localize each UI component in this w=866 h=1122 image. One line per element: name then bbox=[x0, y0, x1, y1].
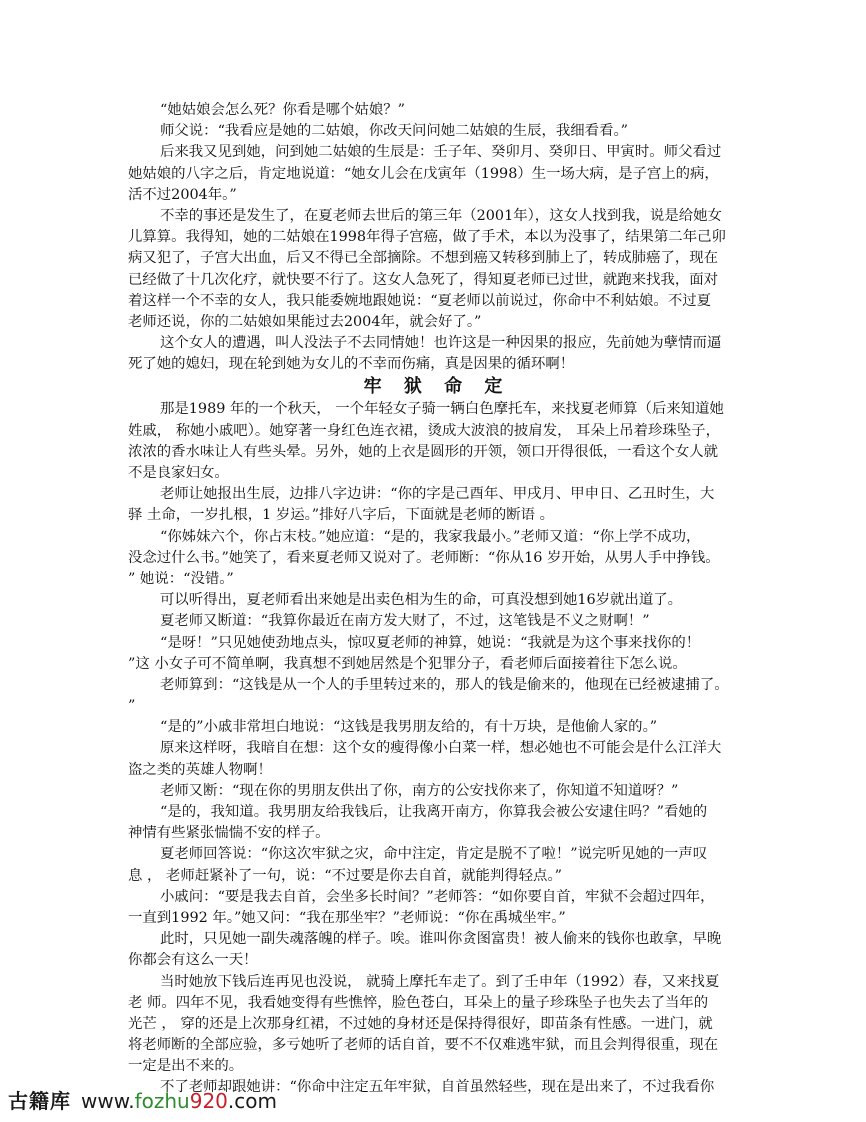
paragraph: 不幸的事还是发生了，在夏老师去世后的第三年（2001年），这女人找到我，说是给她… bbox=[128, 206, 740, 333]
text-line: 可以听得出，夏老师看出来她是出卖色相为生的命，可真没想到她16岁就出道了。 bbox=[128, 590, 740, 611]
site-name: 古籍库 bbox=[8, 1089, 71, 1113]
text-block-after-title: 那是1989 年的一个秋天， 一个年轻女子骑一辆白色摩托车，来找夏老师算（后来知… bbox=[128, 399, 740, 1098]
paragraph: 老师让她报出生辰，边排八字边讲：“你的字是己酉年、甲戌月、甲申日、乙丑时生，大驿… bbox=[128, 484, 740, 526]
text-line: 老师还说，你的二姑娘如果能过去2004年，就会好了。” bbox=[128, 312, 740, 333]
paragraph: 小戚问：“要是我去自首，会坐多长时间？”老师答：“如你要自首，牢狱不会超过四年，… bbox=[128, 887, 740, 929]
paragraph: “是的”小戚非常坦白地说：“这钱是我男朋友给的，有十万块，是他偷人家的。” bbox=[128, 717, 740, 738]
paragraph: 后来我又见到她，问到她二姑娘的生辰是：壬子年、癸卯月、癸卯日、甲寅时。师父看过她… bbox=[128, 142, 740, 206]
paragraph: 这个女人的遭遇，叫人没法子不去同情她！也许这是一种因果的报应，先前她为孽情而逼死… bbox=[128, 333, 740, 375]
paragraph: 老师算到：“这钱是从一个人的手里转过来的，那人的钱是偷来的，他现在已经被逮捕了。… bbox=[128, 675, 740, 717]
text-line: 老师算到：“这钱是从一个人的手里转过来的，那人的钱是偷来的，他现在已经被逮捕了。 bbox=[128, 675, 740, 696]
text-line: 后来我又见到她，问到她二姑娘的生辰是：壬子年、癸卯月、癸卯日、甲寅时。师父看过 bbox=[128, 142, 740, 163]
text-line: 她姑娘的八字之后，肯定地说道：“她女儿会在戊寅年（1998）生一场大病，是子宫上… bbox=[128, 164, 740, 185]
watermark-footer: 古籍库www.fozhu920.com bbox=[8, 1088, 277, 1114]
url-suffix: .com bbox=[228, 1089, 277, 1113]
text-line: 小戚问：“要是我去自首，会坐多长时间？”老师答：“如你要自首，牢狱不会超过四年， bbox=[128, 887, 740, 908]
text-line: 一定是出不来的。 bbox=[128, 1056, 740, 1077]
url-domain-red: 920 bbox=[190, 1089, 228, 1113]
text-line: 盗之类的英雄人物啊！ bbox=[128, 760, 740, 781]
text-line: 夏老师又断道：“我算你最近在南方发大财了，不过，这笔钱是不义之财啊！” bbox=[128, 611, 740, 632]
text-line: ” 她说：“没错。” bbox=[128, 569, 740, 590]
paragraph: “是的，我知道。我男朋友给我钱后，让我离开南方，你算我会被公安逮住吗？”看她的神… bbox=[128, 802, 740, 844]
text-line: 原来这样呀，我暗自在想：这个女的瘦得像小白菜一样，想必她也不可能会是什么江洋大 bbox=[128, 738, 740, 759]
document-page: “她姑娘会怎么死？你看是哪个姑娘？”师父说：“我看应是她的二姑娘，你改天问问她二… bbox=[128, 100, 740, 1099]
url-prefix: www. bbox=[81, 1089, 135, 1113]
text-line: 没念过什么书。”她笑了，看来夏老师又说对了。老师断：“你从16 岁开始，从男人手… bbox=[128, 548, 740, 569]
text-line: 老师让她报出生辰，边排八字边讲：“你的字是己酉年、甲戌月、甲申日、乙丑时生，大 bbox=[128, 484, 740, 505]
text-line: 死了她的媳妇，现在轮到她为女儿的不幸而伤痛，真是因果的循环啊！ bbox=[128, 354, 740, 375]
text-line: 一直到1992 年。”她又问：“我在那坐牢？”老师说：“你在禹城坐牢。” bbox=[128, 908, 740, 929]
paragraph: 老师又断：“现在你的男朋友供出了你，南方的公安找你来了，你知道不知道呀？” bbox=[128, 781, 740, 802]
text-line: 夏老师回答说：“你这次牢狱之灾，命中注定，肯定是脱不了啦！”说完听见她的一声叹 bbox=[128, 844, 740, 865]
text-line: 已经做了十几次化疗，就快要不行了。这女人急死了，得知夏老师已过世，就跑来找我，面… bbox=[128, 270, 740, 291]
url-domain-green: fozhu bbox=[135, 1089, 190, 1113]
paragraph: “她姑娘会怎么死？你看是哪个姑娘？” bbox=[128, 100, 740, 121]
text-line: 姓戚， 称她小戚吧）。她穿著一身红色连衣裙，烫成大波浪的披肩发， 耳朵上吊着珍珠… bbox=[128, 421, 740, 442]
text-line: 病又犯了，子宫大出血，后又不得已全部摘除。不想到癌又转移到肺上了，转成肺癌了，现… bbox=[128, 248, 740, 269]
text-line: 那是1989 年的一个秋天， 一个年轻女子骑一辆白色摩托车，来找夏老师算（后来知… bbox=[128, 399, 740, 420]
text-line: “是呀！”只见她使劲地点头，惊叹夏老师的神算，她说：“我就是为这个事来找你的！ bbox=[128, 633, 740, 654]
paragraph: 当时她放下钱后连再见也没说， 就骑上摩托车走了。到了壬申年（1992）春，又来找… bbox=[128, 972, 740, 1078]
section-title: 牢 狱 命 定 bbox=[128, 375, 740, 399]
paragraph: 师父说：“我看应是她的二姑娘，你改天问问她二姑娘的生辰，我细看看。” bbox=[128, 121, 740, 142]
paragraph: 夏老师回答说：“你这次牢狱之灾，命中注定，肯定是脱不了啦！”说完听见她的一声叹息… bbox=[128, 844, 740, 886]
text-block-before-title: “她姑娘会怎么死？你看是哪个姑娘？”师父说：“我看应是她的二姑娘，你改天问问她二… bbox=[128, 100, 740, 375]
text-line: 当时她放下钱后连再见也没说， 就骑上摩托车走了。到了壬申年（1992）春，又来找… bbox=[128, 972, 740, 993]
text-line: 老 师。四年不见，我看她变得有些憔悴，脸色苍白，耳朵上的量子珍珠坠子也失去了当年… bbox=[128, 993, 740, 1014]
text-line: 师父说：“我看应是她的二姑娘，你改天问问她二姑娘的生辰，我细看看。” bbox=[128, 121, 740, 142]
text-line: 活不过2004年。” bbox=[128, 185, 740, 206]
text-line: 这个女人的遭遇，叫人没法子不去同情她！也许这是一种因果的报应，先前她为孽情而逼 bbox=[128, 333, 740, 354]
paragraph: 夏老师又断道：“我算你最近在南方发大财了，不过，这笔钱是不义之财啊！” bbox=[128, 611, 740, 632]
text-line: “你姊妹六个，你占末枝。”她应道：“是的，我家我最小。”老师又道：“你上学不成功… bbox=[128, 527, 740, 548]
text-line: 不幸的事还是发生了，在夏老师去世后的第三年（2001年），这女人找到我，说是给她… bbox=[128, 206, 740, 227]
text-line: ”这 小女子可不简单啊，我真想不到她居然是个犯罪分子，看老师后面接着往下怎么说。 bbox=[128, 654, 740, 675]
text-line: 不是良家妇女。 bbox=[128, 463, 740, 484]
text-line: 将老师断的全部应验，多亏她听了老师的话自首，要不不仅难逃牢狱，而且会判得很重，现… bbox=[128, 1035, 740, 1056]
text-line: “是的”小戚非常坦白地说：“这钱是我男朋友给的，有十万块，是他偷人家的。” bbox=[128, 717, 740, 738]
text-line: 息 ， 老师赶紧补了一句，说：“不过要是你去自首，就能判得轻点。” bbox=[128, 866, 740, 887]
text-line: 你都会有这么一天！ bbox=[128, 950, 740, 971]
paragraph: 那是1989 年的一个秋天， 一个年轻女子骑一辆白色摩托车，来找夏老师算（后来知… bbox=[128, 399, 740, 484]
paragraph: 原来这样呀，我暗自在想：这个女的瘦得像小白菜一样，想必她也不可能会是什么江洋大盗… bbox=[128, 738, 740, 780]
text-line: 着这样一个不幸的女人，我只能委婉地跟她说：“夏老师以前说过，你命中不利姑娘。不过… bbox=[128, 291, 740, 312]
paragraph: “是呀！”只见她使劲地点头，惊叹夏老师的神算，她说：“我就是为这个事来找你的！”… bbox=[128, 633, 740, 675]
paragraph: “你姊妹六个，你占末枝。”她应道：“是的，我家我最小。”老师又道：“你上学不成功… bbox=[128, 527, 740, 591]
paragraph: 此时，只见她一副失魂落魄的样子。唉。谁叫你贪图富贵！被人偷来的钱你也敢拿，早晚你… bbox=[128, 929, 740, 971]
paragraph: 可以听得出，夏老师看出来她是出卖色相为生的命，可真没想到她16岁就出道了。 bbox=[128, 590, 740, 611]
text-line: “是的，我知道。我男朋友给我钱后，让我离开南方，你算我会被公安逮住吗？”看她的 bbox=[128, 802, 740, 823]
text-line: ” bbox=[128, 696, 740, 717]
text-line: 儿算算。我得知，她的二姑娘在1998年得子宫癌，做了手术，本以为没事了，结果第二… bbox=[128, 227, 740, 248]
text-line: 驿 土命，一岁扎根，1 岁运。”排好八字后，下面就是老师的断语 。 bbox=[128, 505, 740, 526]
text-line: 此时，只见她一副失魂落魄的样子。唉。谁叫你贪图富贵！被人偷来的钱你也敢拿，早晚 bbox=[128, 929, 740, 950]
text-line: 神情有些紧张惴惴不安的样子。 bbox=[128, 823, 740, 844]
text-line: “她姑娘会怎么死？你看是哪个姑娘？” bbox=[128, 100, 740, 121]
text-line: 浓浓的香水味让人有些头晕。另外，她的上衣是圆形的开领，领口开得很低，一看这个女人… bbox=[128, 442, 740, 463]
text-line: 光芒 ， 穿的还是上次那身红裙，不过她的身材还是保持得很好，即苗条有性感。一进门… bbox=[128, 1014, 740, 1035]
text-line: 老师又断：“现在你的男朋友供出了你，南方的公安找你来了，你知道不知道呀？” bbox=[128, 781, 740, 802]
